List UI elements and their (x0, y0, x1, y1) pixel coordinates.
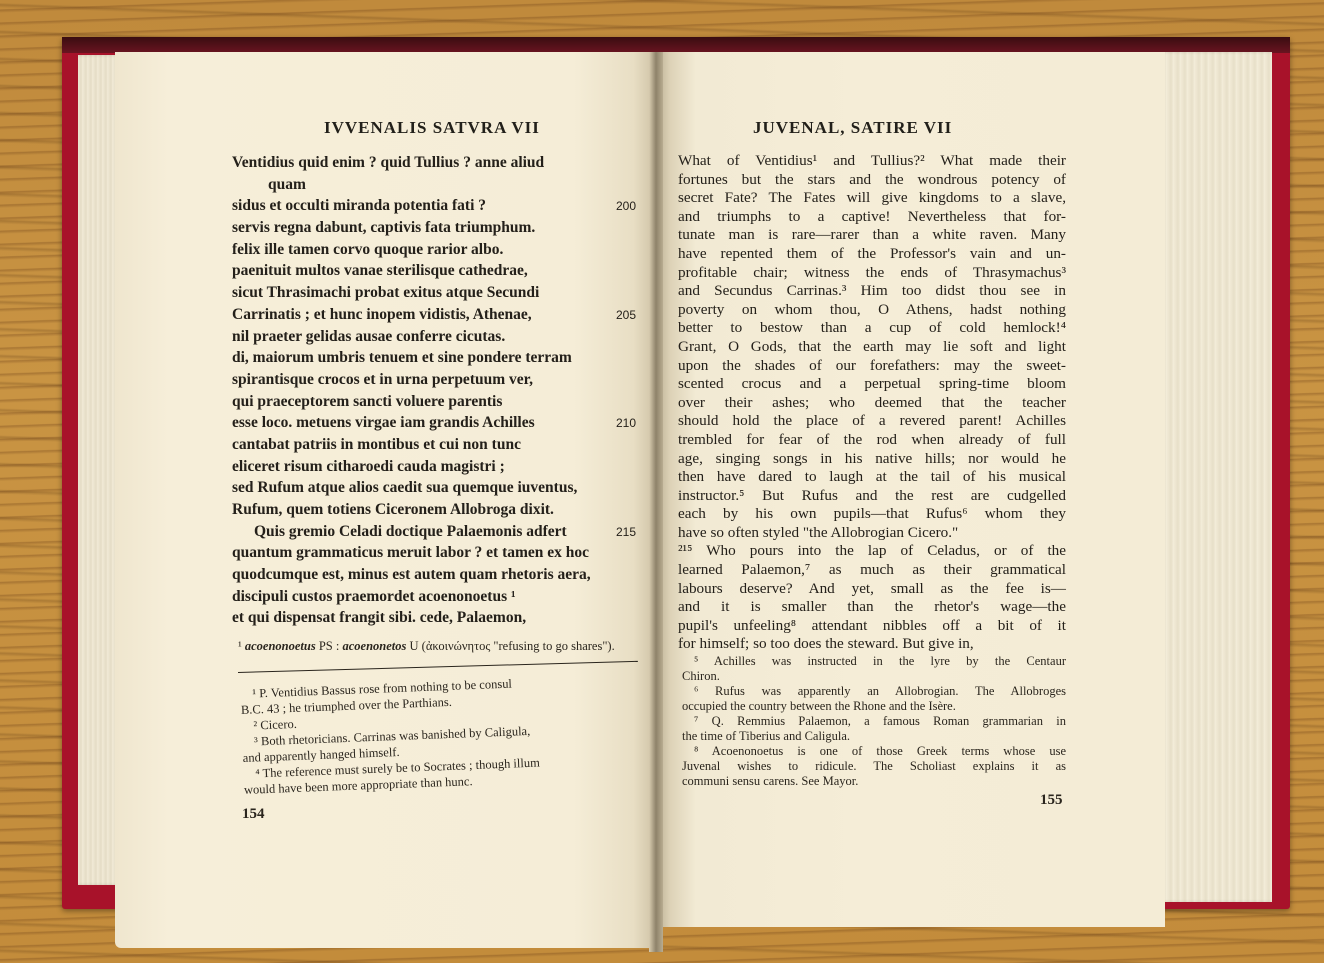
prose-line: and it is smaller than the rhetor's wage… (678, 598, 1066, 617)
verse-line: nil praeter gelidas ausae conferre cicut… (232, 326, 642, 348)
verse-line: sidus et occulti miranda potentia fati ?… (232, 195, 642, 217)
verse-line: sicut Thrasimachi probat exitus atque Se… (232, 282, 642, 304)
footnote-line: Juvenal wishes to ridicule. The Scholias… (682, 759, 1066, 774)
prose-line: better to bestow than a cup of cold heml… (678, 319, 1066, 338)
footnote-marker: ² (253, 718, 257, 732)
verse-text: eliceret risum citharoedi cauda magistri… (232, 458, 505, 475)
footnote-line: ⁵ Achilles was instructed in the lyre by… (682, 654, 1066, 669)
note-marker: ¹ (238, 639, 242, 653)
latin-verse-text: Ventidius quid enim ? quid Tullius ? ann… (232, 152, 642, 629)
note-variant-2: acoenonetos (342, 639, 406, 653)
verse-line: eliceret risum citharoedi cauda magistri… (232, 456, 642, 478)
verse-line: paenituit multos vanae sterilisque cathe… (232, 260, 642, 282)
verse-text: cantabat patriis in montibus et cui non … (232, 436, 521, 453)
left-page-number: 154 (242, 806, 265, 823)
verse-line: cantabat patriis in montibus et cui non … (232, 434, 642, 456)
prose-line: tunate man is rare—rarer than a white ra… (678, 226, 1066, 245)
verse-text: Quis gremio Celadi doctique Palaemonis a… (254, 523, 567, 540)
prose-line: each by his own pupils—that Rufus⁶ whom … (678, 505, 1066, 524)
verse-line: esse loco. metuens virgae iam grandis Ac… (232, 412, 642, 434)
english-translation-text: What of Ventidius¹ and Tullius?² What ma… (678, 152, 1066, 654)
verse-text: sicut Thrasimachi probat exitus atque Se… (232, 284, 539, 301)
footnote-line: communi sensu carens. See Mayor. (682, 774, 1066, 789)
verse-text: paenituit multos vanae sterilisque cathe… (232, 262, 528, 279)
verse-text: Ventidius quid enim ? quid Tullius ? ann… (232, 154, 544, 171)
note-sigla-1: PS : (316, 639, 343, 653)
verse-text: sed Rufum atque alios caedit sua quemque… (232, 479, 577, 496)
prose-line: ²¹⁵ Who pours into the lap of Celadus, o… (678, 542, 1066, 561)
footnote-line: ⁸ Acoenonoetus is one of those Greek ter… (682, 744, 1066, 759)
note-variant-1: acoenonoetus (245, 639, 316, 653)
verse-text: servis regna dabunt, captivis fata trium… (232, 219, 535, 236)
note-gloss: U (ἀκοινώνητος "refusing to go shares"). (406, 639, 614, 653)
footnote-marker: ⁴ (255, 766, 260, 780)
verse-text: Carrinatis ; et hunc inopem vidistis, At… (232, 306, 532, 323)
verse-line: quam (232, 174, 642, 196)
prose-line: secret Fate? The Fates will give kingdom… (678, 189, 1066, 208)
verse-text: sidus et occulti miranda potentia fati ? (232, 197, 486, 214)
prose-line: for himself; so too does the steward. Bu… (678, 635, 1066, 654)
book-gutter (649, 52, 663, 952)
prose-line: have so often styled "the Allobrogian Ci… (678, 524, 1066, 543)
verse-line: sed Rufum atque alios caedit sua quemque… (232, 477, 642, 499)
footnote-line: Chiron. (682, 669, 1066, 684)
apparatus-criticus: ¹ acoenonoetus PS : acoenonetos U (ἀκοιν… (238, 638, 638, 655)
prose-line: What of Ventidius¹ and Tullius?² What ma… (678, 152, 1066, 171)
verse-line: Ventidius quid enim ? quid Tullius ? ann… (232, 152, 642, 174)
prose-line: fortunes but the stars and the wondrous … (678, 171, 1066, 190)
verse-line: di, maiorum umbris tenuem et sine ponder… (232, 347, 642, 369)
verse-text: quantum grammaticus meruit labor ? et ta… (232, 544, 589, 561)
verse-line: quodcumque est, minus est autem quam rhe… (232, 564, 642, 586)
verse-text: spirantisque crocos et in urna perpetuum… (232, 371, 533, 388)
prose-line: should hold the place of a revered paren… (678, 412, 1066, 431)
cover-shadow (62, 37, 1290, 53)
prose-line: trembled for fear of the rod when alread… (678, 431, 1066, 450)
verse-text: quam (268, 176, 306, 193)
prose-line: scented crocus and a perpetual spring-ti… (678, 375, 1066, 394)
footnote-line: occupied the country between the Rhone a… (682, 699, 1066, 714)
prose-line: upon the shades of our forefathers: may … (678, 357, 1066, 376)
verse-line: discipuli custos praemordet acoenonoetus… (232, 586, 642, 608)
prose-line: instructor.⁵ But Rufus and the rest are … (678, 487, 1066, 506)
prose-line: and Secundus Carrinas.³ Him too didst th… (678, 282, 1066, 301)
verse-text: nil praeter gelidas ausae conferre cicut… (232, 328, 505, 345)
right-running-head: JUVENAL, SATIRE VII (753, 118, 952, 138)
verse-line: felix ille tamen corvo quoque rarior alb… (232, 239, 642, 261)
left-footnotes: ¹ P. Ventidius Bassus rose from nothing … (240, 671, 644, 798)
right-page-number: 155 (1040, 792, 1063, 809)
verse-text: qui praeceptorem sancti voluere parentis (232, 393, 502, 410)
verse-text: discipuli custos praemordet acoenonoetus… (232, 588, 516, 605)
prose-line: and triumphs to a captive! Nevertheless … (678, 208, 1066, 227)
line-number: 215 (616, 521, 636, 543)
prose-line: labours deserve? And yet, small as the f… (678, 580, 1066, 599)
footnote-text: Cicero. (260, 717, 297, 732)
verse-line: quantum grammaticus meruit labor ? et ta… (232, 542, 642, 564)
footnote-line: ⁶ Rufus was apparently an Allobrogian. T… (682, 684, 1066, 699)
line-number: 200 (616, 195, 636, 217)
verse-line: Quis gremio Celadi doctique Palaemonis a… (232, 521, 642, 543)
prose-line: pupil's unfeeling⁸ attendant nibbles off… (678, 617, 1066, 636)
prose-line: Grant, O Gods, that the earth may lie so… (678, 338, 1066, 357)
prose-line: have repented them of the Professor's va… (678, 245, 1066, 264)
verse-line: spirantisque crocos et in urna perpetuum… (232, 369, 642, 391)
verse-text: quodcumque est, minus est autem quam rhe… (232, 566, 591, 583)
verse-line: et qui dispensat frangit sibi. cede, Pal… (232, 607, 642, 629)
verse-line: Rufum, quem totiens Ciceronem Allobroga … (232, 499, 642, 521)
verse-text: Rufum, quem totiens Ciceronem Allobroga … (232, 501, 554, 518)
verse-text: et qui dispensat frangit sibi. cede, Pal… (232, 609, 526, 626)
verse-line: qui praeceptorem sancti voluere parentis (232, 391, 642, 413)
footnote-line: ⁷ Q. Remmius Palaemon, a famous Roman gr… (682, 714, 1066, 729)
verse-text: esse loco. metuens virgae iam grandis Ac… (232, 414, 535, 431)
left-running-head: IVVENALIS SATVRA VII (324, 118, 540, 138)
footnote-line: the time of Tiberius and Caligula. (682, 729, 1066, 744)
verse-line: Carrinatis ; et hunc inopem vidistis, At… (232, 304, 642, 326)
prose-line: over their ashes; who deemed that the te… (678, 394, 1066, 413)
verse-line: servis regna dabunt, captivis fata trium… (232, 217, 642, 239)
prose-line: age, singing songs in his native hills; … (678, 450, 1066, 469)
prose-line: poverty on whom thou, O Athens, hadst no… (678, 301, 1066, 320)
prose-line: learned Palaemon,⁷ as much as their gram… (678, 561, 1066, 580)
verse-text: felix ille tamen corvo quoque rarior alb… (232, 241, 503, 258)
right-page-edges (1160, 52, 1272, 902)
verse-text: di, maiorum umbris tenuem et sine ponder… (232, 349, 572, 366)
line-number: 210 (616, 412, 636, 434)
prose-line: profitable chair; witness the ends of Th… (678, 264, 1066, 283)
prose-line: then have dared to laugh at the tail of … (678, 468, 1066, 487)
footnote-marker: ¹ (252, 686, 256, 700)
line-number: 205 (616, 304, 636, 326)
footnote-marker: ³ (254, 734, 258, 748)
right-footnotes: ⁵ Achilles was instructed in the lyre by… (682, 654, 1066, 789)
